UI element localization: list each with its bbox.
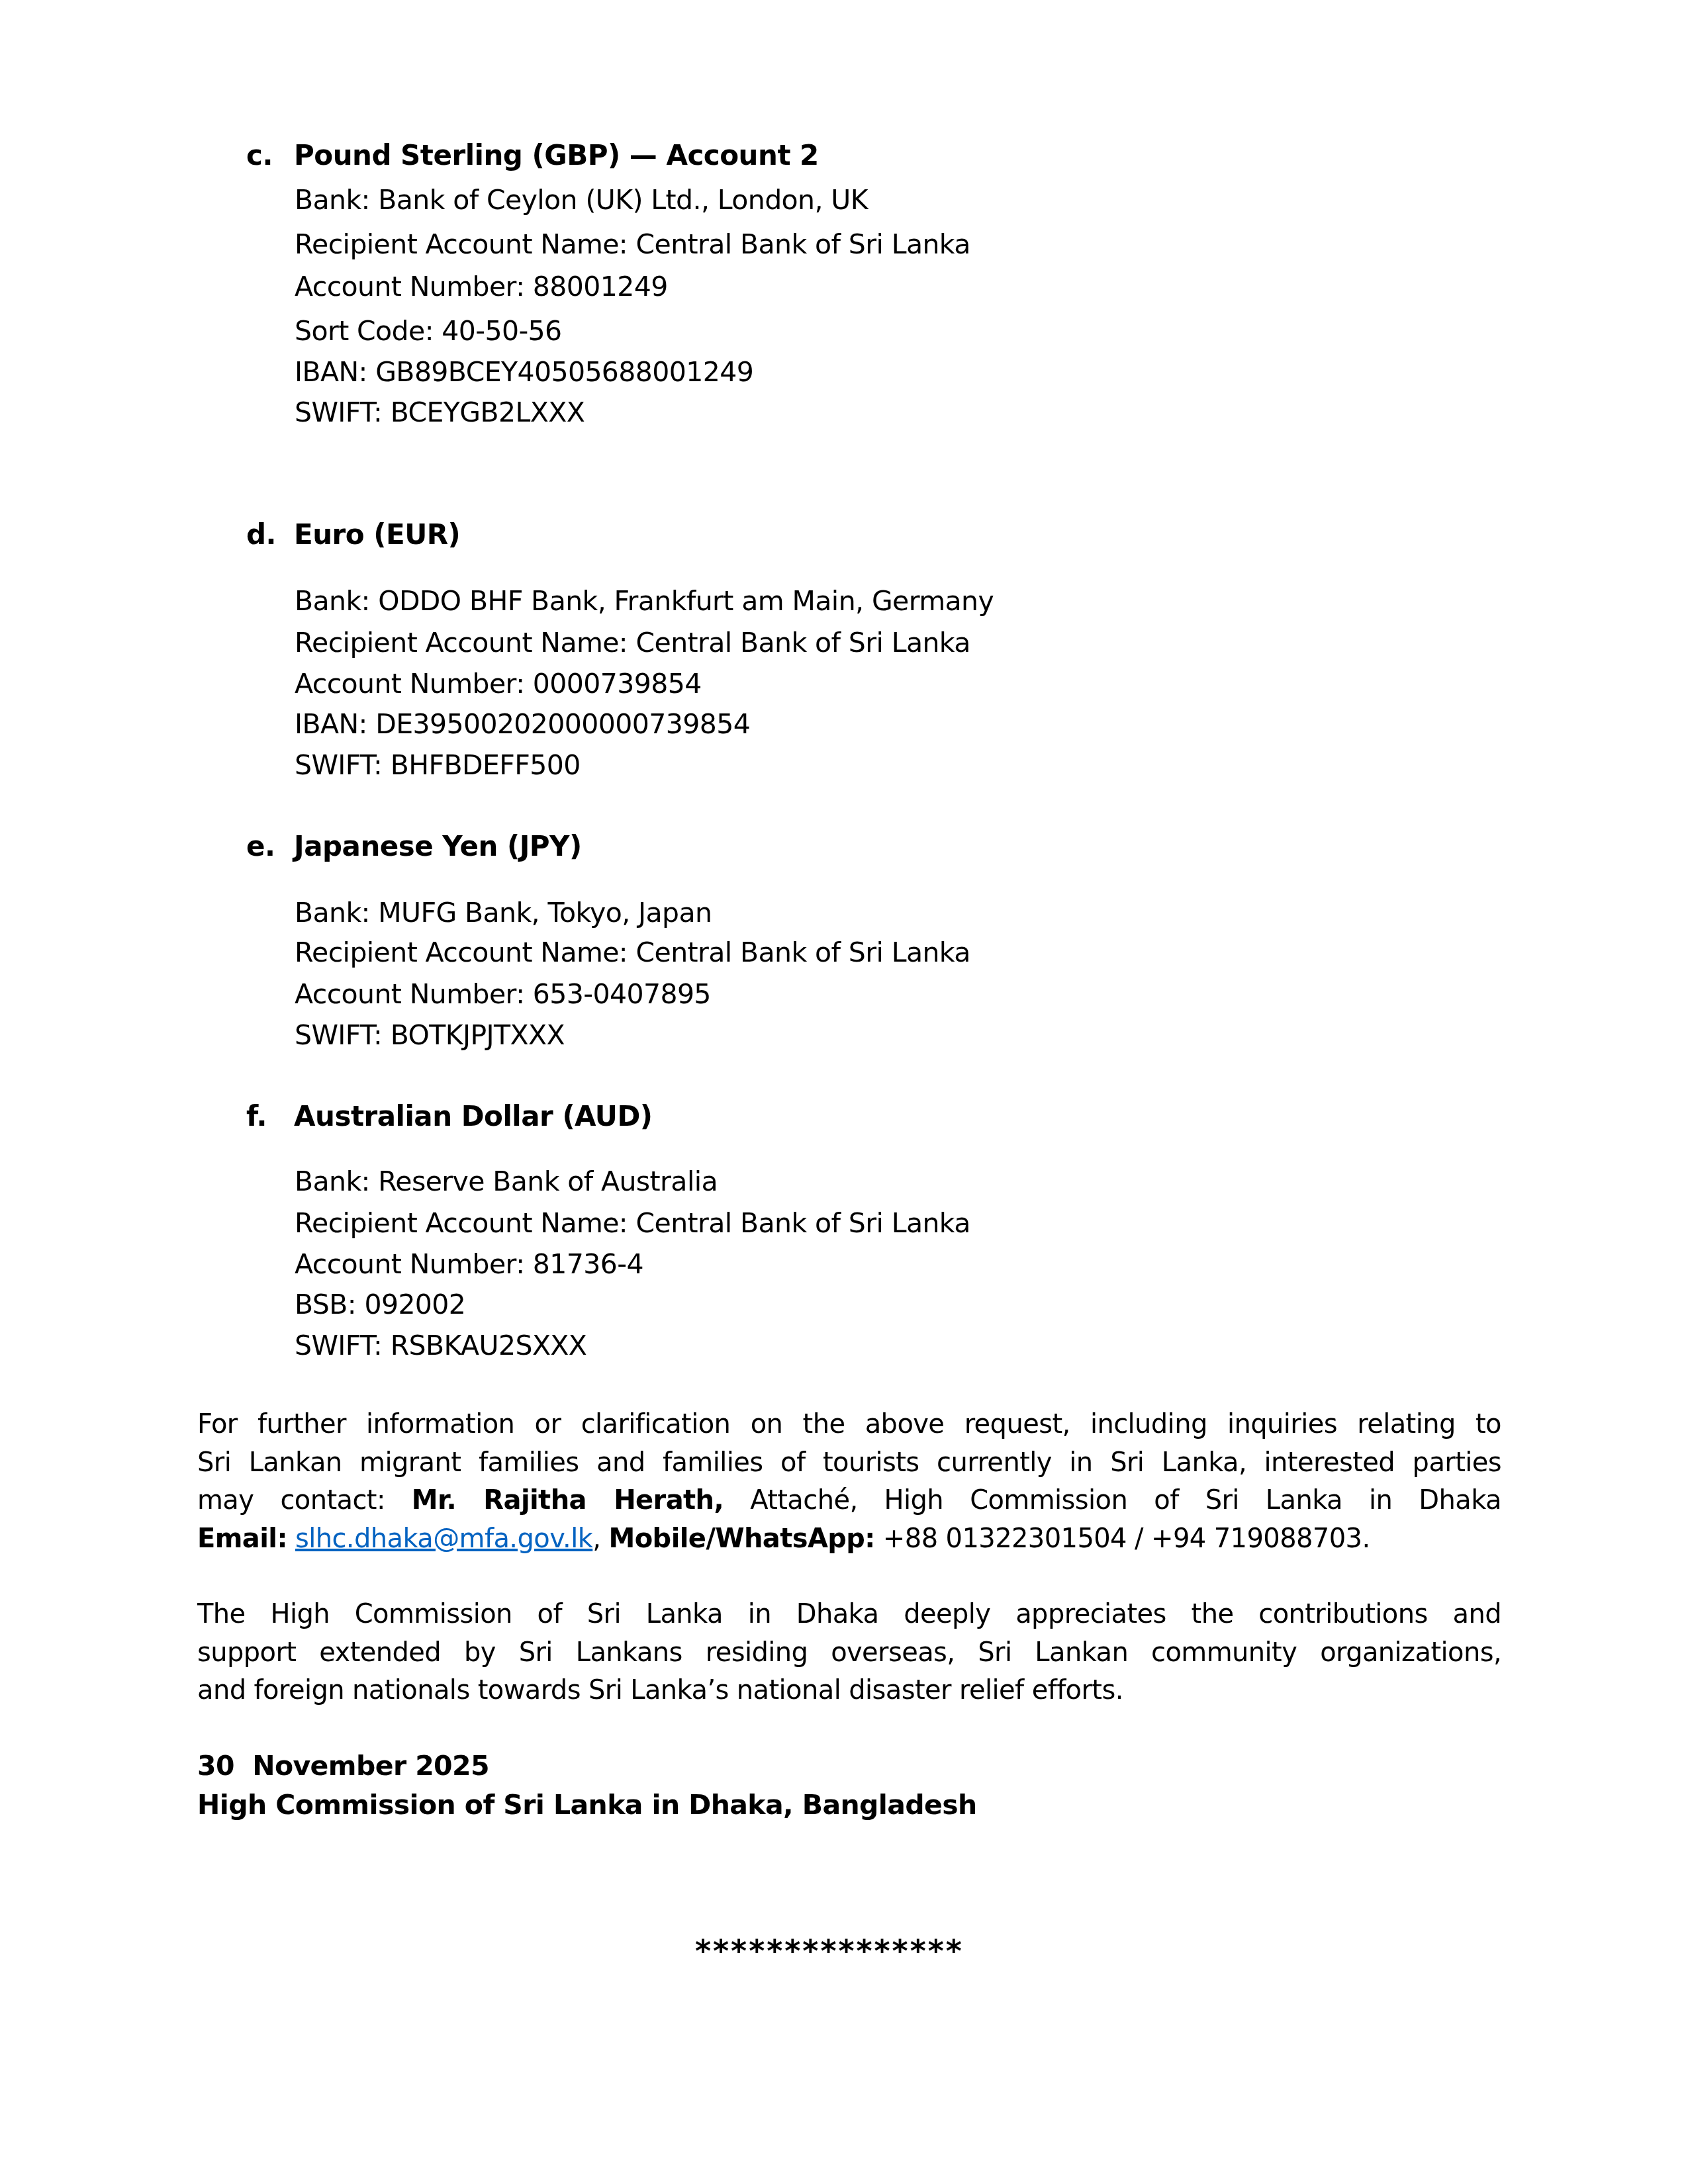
contact-name: Mr. Rajitha Herath, [412, 1485, 724, 1516]
contact-title: Attaché, High Commission of Sri Lanka in… [724, 1485, 1501, 1516]
list-marker: c. [246, 137, 294, 174]
field-swift: SWIFT: BCEYGB2LXXX [295, 394, 585, 431]
email-link[interactable]: slhc.dhaka@mfa.gov.lk [295, 1524, 592, 1554]
field-bank: Bank: ODDO BHF Bank, Frankfurt am Main, … [295, 582, 994, 619]
field-iban: IBAN: DE39500202000000739854 [295, 705, 750, 743]
section-title: Pound Sterling (GBP) — Account 2 [294, 139, 819, 171]
field-recipient-name: Recipient Account Name: Central Bank of … [295, 624, 970, 661]
document-page: c.Pound Sterling (GBP) — Account 2 Bank:… [0, 0, 1688, 2184]
field-account-number: Account Number: 653-0407895 [295, 976, 711, 1013]
closing-signatory: High Commission of Sri Lanka in Dhaka, B… [197, 1786, 977, 1824]
section-heading-aud: f.Australian Dollar (AUD) [246, 1098, 652, 1135]
field-sort-code: Sort Code: 40-50-56 [295, 312, 562, 349]
contact-paragraph: For further information or clarification… [197, 1406, 1501, 1558]
field-swift: SWIFT: RSBKAU2SXXX [295, 1327, 586, 1364]
mobile-numbers: +88 01322301504 / +94 719088703. [875, 1524, 1370, 1554]
field-bank: Bank: MUFG Bank, Tokyo, Japan [295, 894, 712, 931]
list-marker: e. [246, 828, 294, 865]
field-account-number: Account Number: 81736-4 [295, 1246, 643, 1283]
field-bank: Bank: Reserve Bank of Australia [295, 1163, 718, 1200]
field-recipient-name: Recipient Account Name: Central Bank of … [295, 226, 970, 263]
section-heading-gbp-account-2: c.Pound Sterling (GBP) — Account 2 [246, 137, 819, 174]
field-iban: IBAN: GB89BCEY40505688001249 [295, 353, 753, 390]
field-account-number: Account Number: 0000739854 [295, 665, 702, 702]
section-heading-eur: d.Euro (EUR) [246, 516, 460, 553]
end-of-document-marker: *************** [695, 1933, 964, 1970]
field-recipient-name: Recipient Account Name: Central Bank of … [295, 934, 970, 971]
list-marker: f. [246, 1098, 294, 1135]
section-title: Japanese Yen (JPY) [294, 830, 582, 862]
field-account-number: Account Number: 88001249 [295, 268, 668, 305]
field-recipient-name: Recipient Account Name: Central Bank of … [295, 1205, 970, 1242]
list-marker: d. [246, 516, 294, 553]
paragraph-line: may contact: Mr. Rajitha Herath, Attaché… [197, 1482, 1501, 1520]
paragraph-line: and foreign nationals towards Sri Lanka’… [197, 1672, 1501, 1710]
section-title: Australian Dollar (AUD) [294, 1100, 652, 1132]
paragraph-line: Email: slhc.dhaka@mfa.gov.lk, Mobile/Wha… [197, 1520, 1501, 1559]
contact-intro: may contact: [197, 1485, 412, 1516]
email-label: Email: [197, 1524, 287, 1554]
mobile-label: Mobile/WhatsApp: [609, 1524, 875, 1554]
section-title: Euro (EUR) [294, 518, 460, 551]
closing-date: 30 November 2025 [197, 1747, 489, 1785]
appreciation-paragraph: The High Commission of Sri Lanka in Dhak… [197, 1596, 1501, 1710]
paragraph-line: The High Commission of Sri Lanka in Dhak… [197, 1596, 1501, 1634]
separator: , [592, 1524, 608, 1554]
section-heading-jpy: e.Japanese Yen (JPY) [246, 828, 582, 865]
field-bank: Bank: Bank of Ceylon (UK) Ltd., London, … [295, 181, 868, 218]
paragraph-line: Sri Lankan migrant families and families… [197, 1444, 1501, 1482]
field-bsb: BSB: 092002 [295, 1286, 465, 1323]
field-swift: SWIFT: BOTKJPJTXXX [295, 1017, 565, 1054]
paragraph-line: For further information or clarification… [197, 1406, 1501, 1444]
paragraph-line: support extended by Sri Lankans residing… [197, 1634, 1501, 1672]
field-swift: SWIFT: BHFBDEFF500 [295, 747, 581, 784]
